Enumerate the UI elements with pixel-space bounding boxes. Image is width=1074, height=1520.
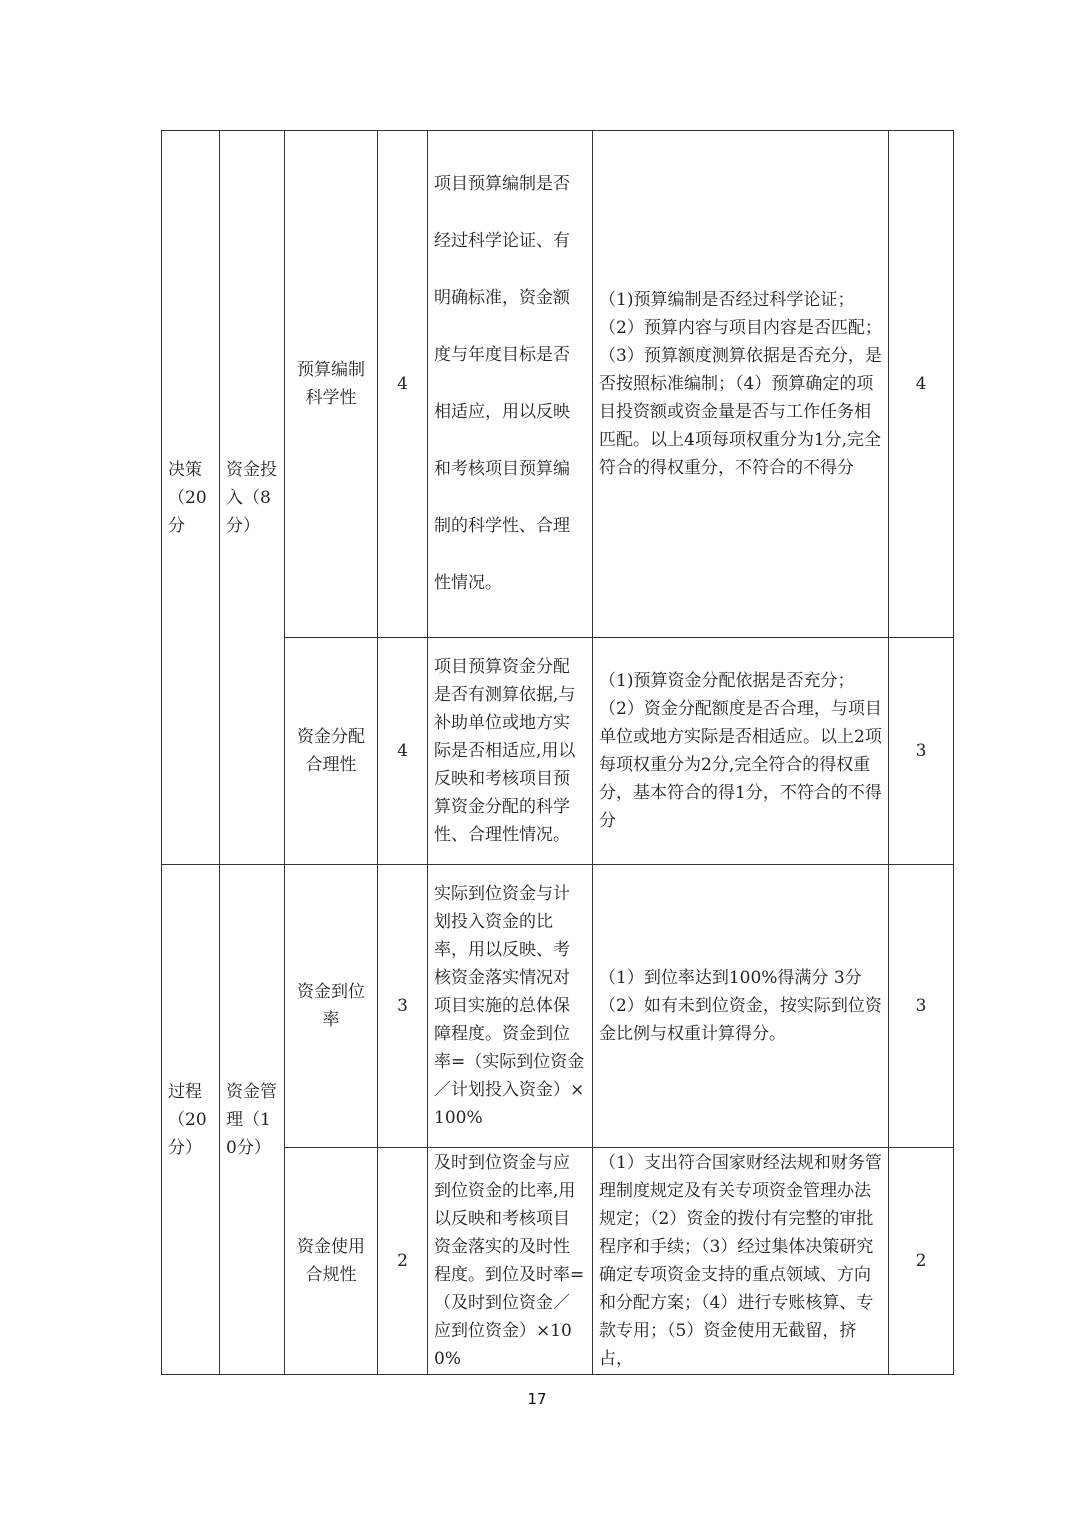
score-value: 3 (889, 638, 954, 865)
score-value: 4 (889, 131, 954, 638)
evaluation-index-table: 决策（20分 资金投入（8分） 预算编制科学性 4 项目预算编制是否经过科学论证… (161, 130, 954, 1375)
scoring-standard: （1）支出符合国家财经法规和财务管理制度规定及有关专项资金管理办法规定；（2）资… (593, 1148, 889, 1375)
table-row: 决策（20分 资金投入（8分） 预算编制科学性 4 项目预算编制是否经过科学论证… (162, 131, 954, 638)
level3-indicator: 预算编制科学性 (285, 131, 378, 638)
level3-indicator: 资金到位率 (285, 865, 378, 1148)
indicator-description: 实际到位资金与计划投入资金的比率，用以反映、考核资金落实情况对项目实施的总体保障… (428, 865, 593, 1148)
weight-value: 4 (378, 638, 428, 865)
scoring-standard: （1)预算资金分配依据是否充分；（2）资金分配额度是否合理，与项目单位或地方实际… (593, 638, 889, 865)
level2-indicator: 资金投入（8分） (220, 131, 285, 865)
level3-indicator: 资金分配合理性 (285, 638, 378, 865)
indicator-description: 项目预算资金分配是否有测算依据,与补助单位或地方实际是否相适应,用以反映和考核项… (428, 638, 593, 865)
level1-indicator: 过程（20分） (162, 865, 220, 1375)
level2-indicator: 资金管理（10分） (220, 865, 285, 1375)
scoring-standard: （1）到位率达到100%得满分 3分（2）如有未到位资金，按实际到位资金比例与权… (593, 865, 889, 1148)
table-row: 过程（20分） 资金管理（10分） 资金到位率 3 实际到位资金与计划投入资金的… (162, 865, 954, 1148)
level1-indicator: 决策（20分 (162, 131, 220, 865)
page-number: 17 (0, 1390, 1074, 1408)
scoring-standard: （1)预算编制是否经过科学论证；（2）预算内容与项目内容是否匹配；（3）预算额度… (593, 131, 889, 638)
weight-value: 4 (378, 131, 428, 638)
score-value: 3 (889, 865, 954, 1148)
weight-value: 2 (378, 1148, 428, 1375)
score-value: 2 (889, 1148, 954, 1375)
level3-indicator: 资金使用合规性 (285, 1148, 378, 1375)
indicator-description: 项目预算编制是否经过科学论证、有明确标准，资金额度与年度目标是否相适应，用以反映… (428, 131, 593, 638)
weight-value: 3 (378, 865, 428, 1148)
indicator-description: 及时到位资金与应到位资金的比率,用以反映和考核项目资金落实的及时性程度。到位及时… (428, 1148, 593, 1375)
